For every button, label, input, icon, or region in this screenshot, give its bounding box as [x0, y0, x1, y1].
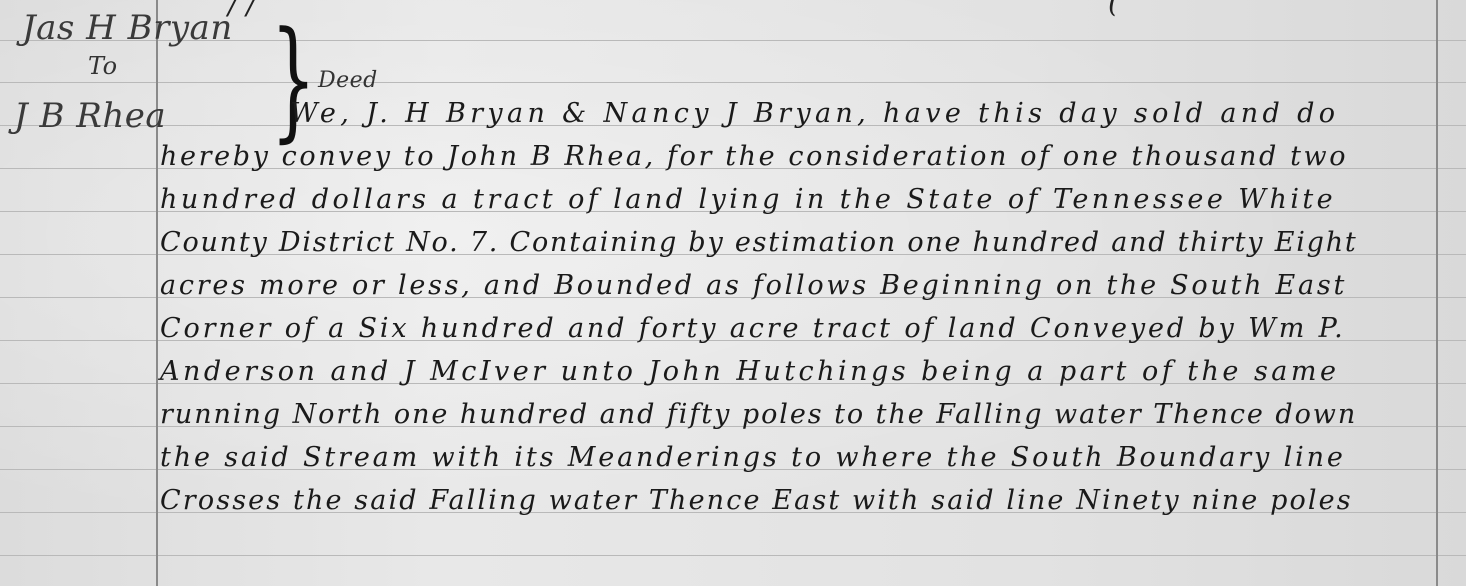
ruled-line	[0, 82, 1466, 83]
deed-line-9: the said Stream with its Meanderings to …	[160, 442, 1346, 473]
ledger-page: / / ( Jas H Bryan To J B Rhea } Deed We,…	[0, 0, 1466, 586]
grantor-name: Jas H Bryan	[22, 8, 233, 48]
deed-line-6: Corner of a Six hundred and forty acre t…	[160, 313, 1346, 344]
left-margin-line	[156, 0, 158, 586]
deed-line-1: We, J. H Bryan & Nancy J Bryan, have thi…	[290, 98, 1339, 129]
margin-to: To	[88, 52, 118, 80]
deed-line-7: Anderson and J McIver unto John Hutching…	[160, 356, 1339, 387]
grantee-name: J B Rhea	[14, 96, 166, 136]
ink-fragment: (	[1108, 0, 1119, 19]
deed-line-2: hereby convey to John B Rhea, for the co…	[160, 141, 1348, 172]
deed-line-4: County District No. 7. Containing by est…	[160, 227, 1358, 258]
deed-line-5: acres more or less, and Bounded as follo…	[160, 270, 1347, 301]
instrument-type: Deed	[318, 68, 378, 93]
deed-line-10: Crosses the said Falling water Thence Ea…	[160, 485, 1353, 516]
deed-line-8: running North one hundred and fifty pole…	[160, 399, 1357, 430]
ruled-line	[0, 555, 1466, 556]
right-margin-line	[1436, 0, 1438, 586]
deed-line-3: hundred dollars a tract of land lying in…	[160, 184, 1336, 215]
